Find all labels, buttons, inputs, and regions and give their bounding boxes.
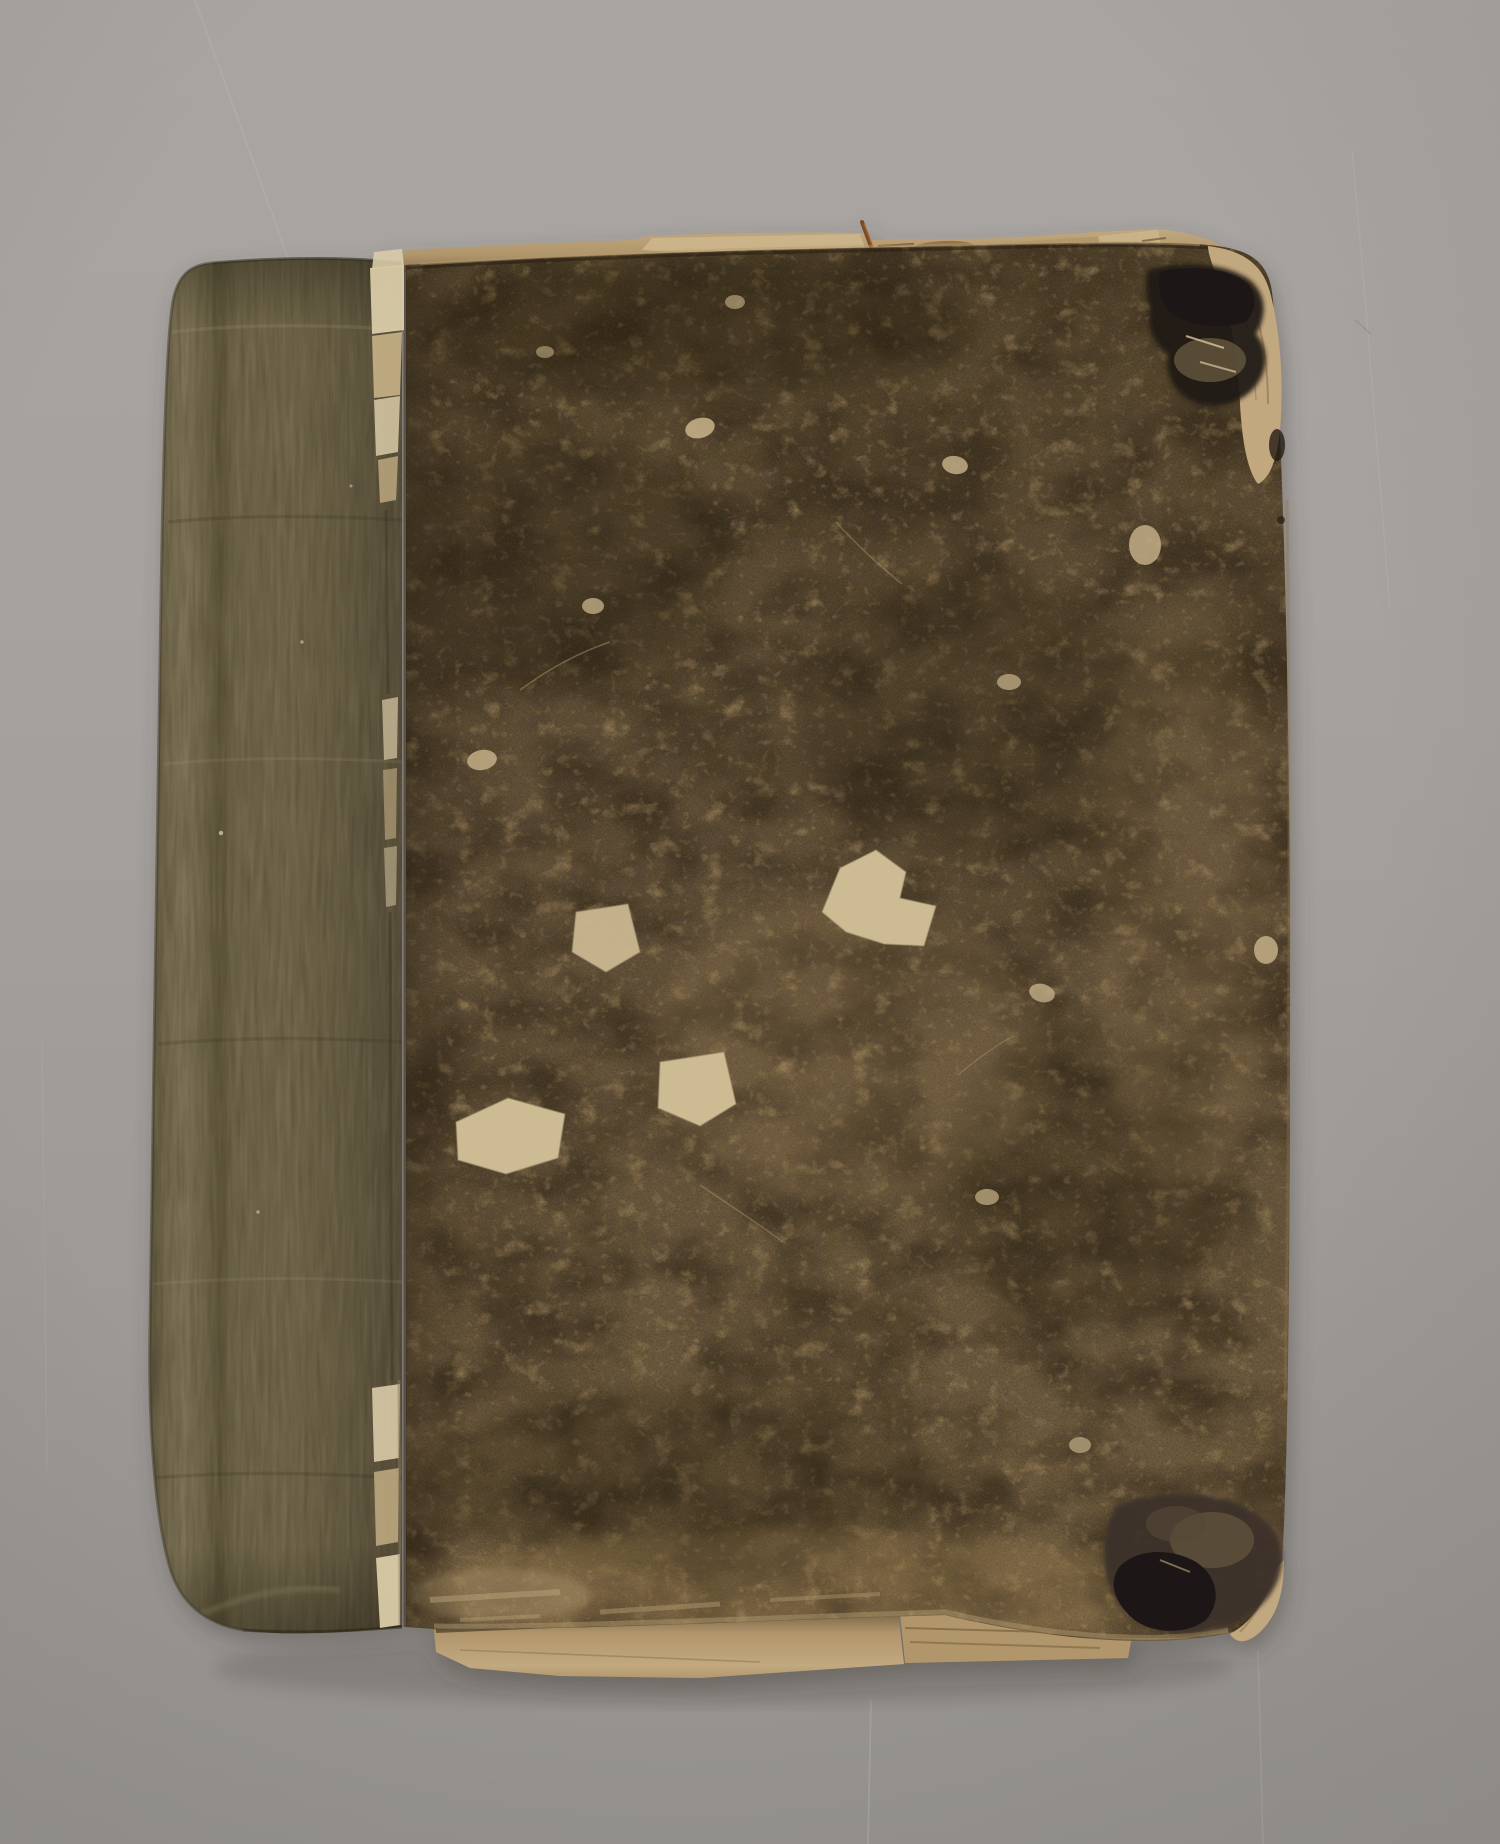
hinge-fragment-6 [383, 768, 397, 840]
hinge-fragment-8 [372, 1384, 400, 1462]
spine-speck-2 [256, 1210, 259, 1213]
stain-top-drip [1269, 429, 1285, 461]
hinge-ridge [399, 1380, 400, 1625]
spine-weave-light [148, 255, 410, 1640]
hinge-fragment-4 [378, 456, 398, 503]
torn-fleck-5 [997, 674, 1021, 690]
stain-bottom-fringe-2 [1146, 1506, 1206, 1542]
hinge-fragment-1 [370, 265, 404, 334]
torn-fleck-11 [536, 346, 554, 358]
torn-fleck-10 [725, 295, 745, 309]
cover-hinge-shade [406, 240, 466, 1640]
hinge-fragment-5 [382, 697, 398, 760]
cover-light-right-rim [1095, 600, 1275, 1200]
hinge-fragment-9 [374, 1468, 399, 1546]
hinge-fragment-2 [372, 332, 402, 398]
torn-fleck-12 [1069, 1437, 1091, 1453]
spine-speck-4 [350, 485, 353, 488]
book-photograph: Worn antique hardcover book with olive c… [0, 0, 1500, 1844]
photo-stage: Worn antique hardcover book with olive c… [0, 0, 1500, 1844]
spine [148, 255, 410, 1640]
torn-fleck-3 [582, 598, 604, 614]
stain-top-spot [1277, 516, 1285, 524]
spine-speck-1 [219, 831, 223, 835]
hinge-fragment-10 [376, 1554, 400, 1628]
torn-fleck-7 [975, 1189, 999, 1205]
book [148, 222, 1295, 1678]
hinge-fragment-7 [384, 846, 397, 907]
hinge-fragment-3 [374, 396, 400, 456]
cover-shade-top-band [420, 260, 980, 400]
torn-fleck-9 [1254, 936, 1278, 964]
torn-fleck-8 [1129, 525, 1161, 565]
front-cover [390, 238, 1295, 1650]
spine-speck-3 [300, 640, 303, 643]
